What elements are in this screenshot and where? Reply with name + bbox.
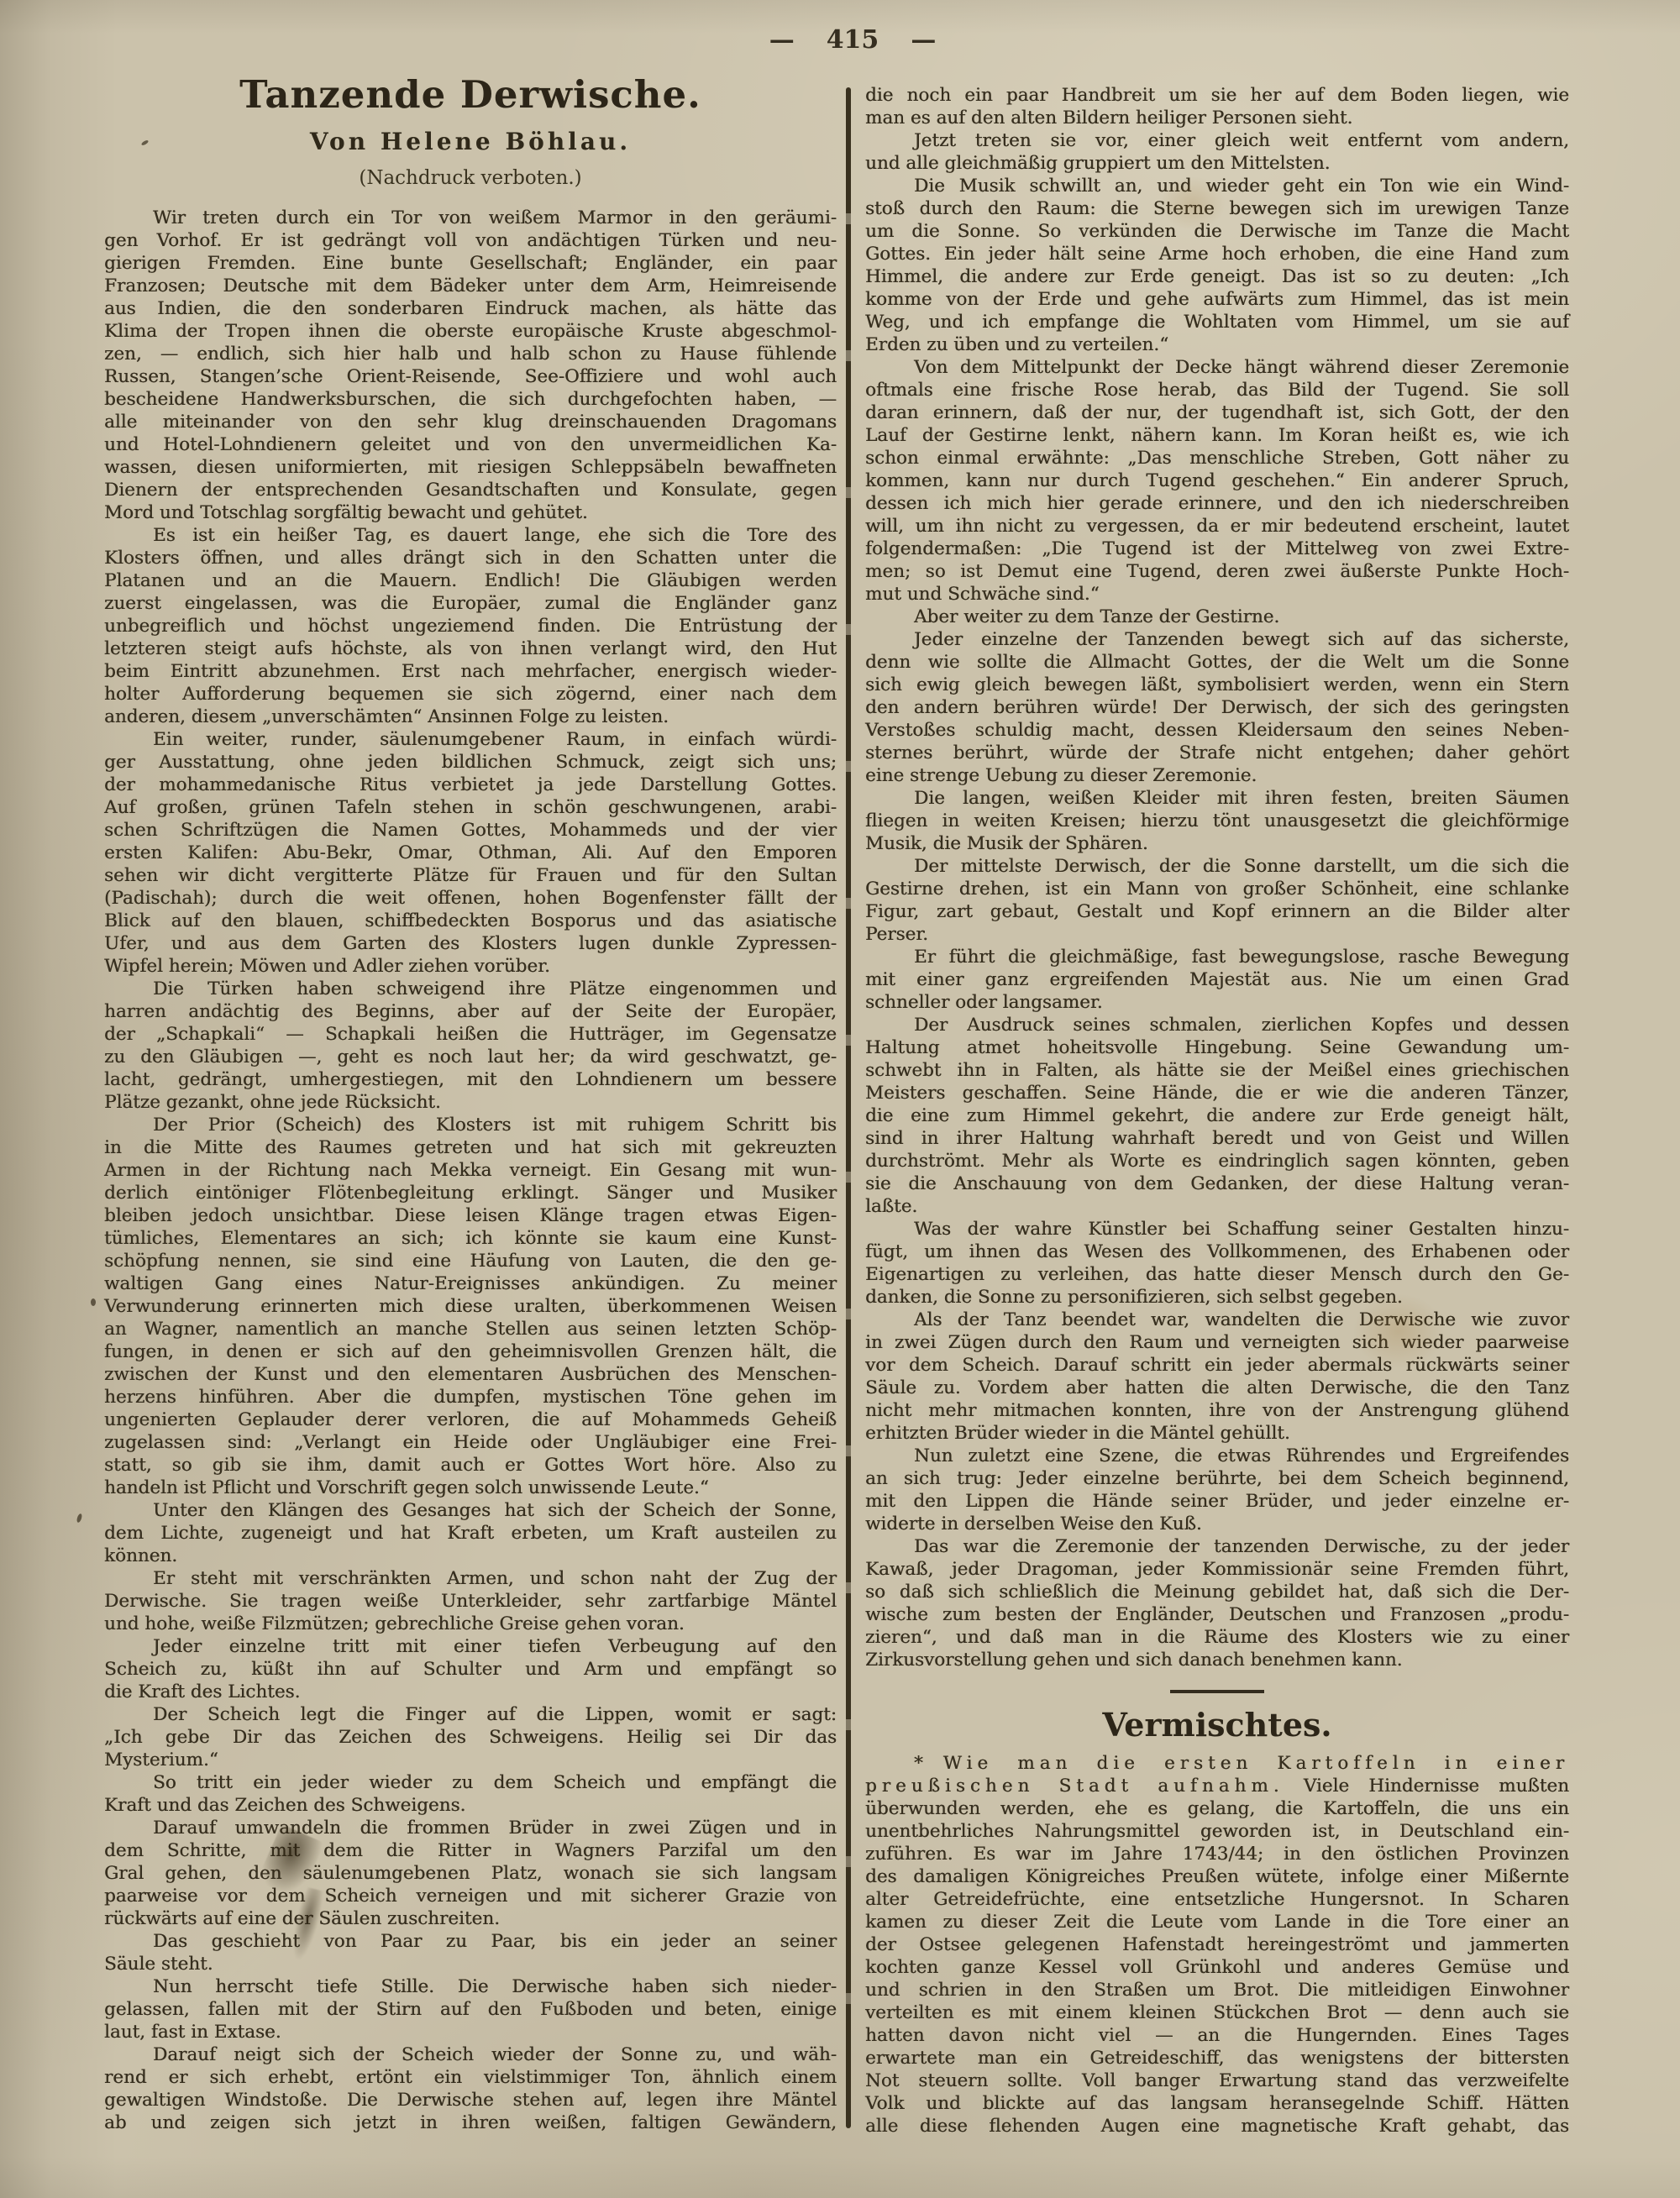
paragraph: Nun herrscht tiefe Stille. Die Derwische… [104, 1975, 837, 2043]
page-number: 415 [827, 25, 879, 55]
ink-speck [76, 1513, 82, 1523]
article-title: Tanzende Derwische. [104, 74, 837, 116]
section-divider-rule [1170, 1690, 1264, 1693]
text-line: Derwische. Sie tragen weiße Unterkleider… [104, 1590, 837, 1613]
text-line: Aber weiter zu dem Tanze der Gestirne. [865, 606, 1569, 628]
text-line: Von dem Mittelpunkt der Decke hängt währ… [865, 356, 1569, 379]
text-line: Die langen, weißen Kleider mit ihren fes… [865, 787, 1569, 810]
text-line: zugelassen sind: „Verlangt ein Heide ode… [104, 1431, 837, 1454]
text-line: ersten Kalifen: Abu-Bekr, Omar, Othman, … [104, 842, 837, 864]
item-star-marker: * [914, 1753, 943, 1774]
text-line: sind in ihrer Haltung wahrhaft beredt un… [865, 1127, 1569, 1150]
text-line: (Padischah); durch die weit offenen, hoh… [104, 887, 837, 910]
text-line: vor dem Scheich. Darauf schritt ein jede… [865, 1354, 1569, 1377]
text-line: denn wie sollte die Allmacht Gottes, der… [865, 651, 1569, 674]
paragraph: Darauf umwandeln die frommen Brüder in z… [104, 1817, 837, 1930]
text-line: sehen wir dicht vergitterte Plätze für F… [104, 864, 837, 887]
text-line: Ein weiter, runder, säulenumgebener Raum… [104, 728, 837, 751]
text-line: aus Indien, die den sonderbaren Eindruck… [104, 297, 837, 320]
text-line: die eine zum Himmel gekehrt, die andere … [865, 1104, 1569, 1127]
text-line: laßte. [865, 1195, 1569, 1218]
text-line: in die Mitte des Raumes getreten und hat… [104, 1136, 837, 1159]
text-line: Säule zu. Vordem aber hatten die alten D… [865, 1377, 1569, 1399]
text-line: zuerst eingelassen, was die Europäer, zu… [104, 592, 837, 615]
paragraph: Unter den Klängen des Gesanges hat sich … [104, 1499, 837, 1567]
text-line: Dienern der entsprechenden Gesandtschaft… [104, 479, 837, 501]
text-line: nicht mehr mitmachen konnten, ihre von d… [865, 1399, 1569, 1422]
text-line: Weg, und ich empfange die Wohltaten vom … [865, 311, 1569, 333]
text-line: stoß durch den Raum: die Sterne bewegen … [865, 197, 1569, 220]
text-line: *Wie man die ersten Kartoffeln in einer [865, 1752, 1569, 1775]
paragraph: Das geschieht von Paar zu Paar, bis ein … [104, 1930, 837, 1975]
text-line: komme von der Erde und gehe aufwärts zum… [865, 288, 1569, 311]
text-line: Franzosen; Deutsche mit dem Bädeker unte… [104, 275, 837, 297]
text-line: letzteren steigt aufs höchste, als von i… [104, 637, 837, 660]
text-line: Die Türken haben schweigend ihre Plätze … [104, 978, 837, 1000]
text-line: Eigenartigen zu verleihen, das hatte die… [865, 1263, 1569, 1286]
text-line: Der Ausdruck seines schmalen, zierlichen… [865, 1014, 1569, 1036]
text-line: und schrien in den Straßen um Brot. Die … [865, 1979, 1569, 2001]
text-line: Mord und Totschlag sorgfältig bewacht un… [104, 501, 837, 524]
text-line: derlich eintöniger Flötenbegleitung erkl… [104, 1182, 837, 1204]
text-line: Armen in der Richtung nach Mekka verneig… [104, 1159, 837, 1182]
text-line: Auf großen, grünen Tafeln stehen in schö… [104, 796, 837, 819]
text-line: schwebt ihn in Falten, als hätte sie der… [865, 1059, 1569, 1082]
text-line: so daß sich schließlich die Meinung gebi… [865, 1581, 1569, 1603]
text-line: fungen, in denen er sich auf den geheimn… [104, 1340, 837, 1363]
text-line: mit einer ganz ergreifenden Majestät aus… [865, 968, 1569, 991]
text-line: Haltung atmet hoheitsvolle Hingebung. Se… [865, 1036, 1569, 1059]
text-line: men; so ist Demut eine Tugend, deren zwe… [865, 560, 1569, 583]
text-line: Ufer, und aus dem Garten des Klosters lu… [104, 932, 837, 955]
paragraph: Darauf neigt sich der Scheich wieder der… [104, 2043, 837, 2134]
text-line: ger Ausstattung, ohne jeden bildlichen S… [104, 751, 837, 774]
text-line: wassen, diesen uniformierten, mit riesig… [104, 456, 837, 479]
text-line: kochten ganze Kessel voll Grünkohl und a… [865, 1956, 1569, 1979]
text-line: fliegen in weiten Kreisen; hierzu tönt u… [865, 810, 1569, 832]
paragraph: Er führt die gleichmäßige, fast bewegung… [865, 946, 1569, 1014]
text-line: „Ich gebe Dir das Zeichen des Schweigens… [104, 1726, 837, 1749]
text-line: in zwei Zügen durch den Raum und verneig… [865, 1331, 1569, 1354]
text-line: um die Sonne. So verkünden die Derwische… [865, 220, 1569, 243]
text-line: oftmals eine frische Rose herab, das Bil… [865, 379, 1569, 401]
text-line: erwartete man ein Getreideschiff, das we… [865, 2047, 1569, 2069]
text-line: Wipfel herein; Möwen und Adler ziehen vo… [104, 955, 837, 978]
paragraph: Das war die Zeremonie der tanzenden Derw… [865, 1535, 1569, 1671]
right-column-text: die noch ein paar Handbreit um sie her a… [865, 84, 1569, 1671]
text-line: gierigen Fremden. Eine bunte Gesellschaf… [104, 252, 837, 275]
text-line: alter Getreidefrüchte, eine entsetzliche… [865, 1888, 1569, 1911]
text-line: Russen, Stangen’sche Orient-Reisende, Se… [104, 365, 837, 388]
text-line: ab und zeigen sich jetzt in ihren weißen… [104, 2111, 837, 2134]
ink-speck [91, 1298, 96, 1306]
text-run: preußischen Stadt aufnahm. [865, 1776, 1284, 1797]
text-line: Gottes. Ein jeder hält seine Arme hoch e… [865, 243, 1569, 265]
paragraph: Aber weiter zu dem Tanze der Gestirne. [865, 606, 1569, 628]
text-line: handeln ist Pflicht und Vorschrift gegen… [104, 1477, 837, 1499]
text-line: bescheidene Handwerksburschen, die sich … [104, 388, 837, 411]
text-line: Der Scheich legt die Finger auf die Lipp… [104, 1703, 837, 1726]
text-line: Er führt die gleichmäßige, fast bewegung… [865, 946, 1569, 968]
left-column-text: Wir treten durch ein Tor von weißem Marm… [104, 207, 837, 2134]
text-line: alle miteinander von den sehr klug drein… [104, 411, 837, 433]
text-line: Darauf neigt sich der Scheich wieder der… [104, 2043, 837, 2066]
text-run: Viele Hindernisse mußten [1284, 1776, 1569, 1797]
text-line: holter Aufforderung bequemen sie sich zö… [104, 683, 837, 706]
text-line: alle diese flehenden Augen eine magnetis… [865, 2115, 1569, 2138]
text-line: zwischen der Kunst und den elementaren A… [104, 1363, 837, 1386]
text-line: paarweise vor dem Scheich verneigen und … [104, 1885, 837, 1907]
paragraph: Wir treten durch ein Tor von weißem Marm… [104, 207, 837, 524]
text-line: Nun herrscht tiefe Stille. Die Derwische… [104, 1975, 837, 1998]
misc-section-text: *Wie man die ersten Kartoffeln in einerp… [865, 1752, 1569, 2138]
text-line: verteilten es mit einem kleinen Stückche… [865, 2001, 1569, 2024]
text-line: hatten davon nicht viel — an die Hungern… [865, 2024, 1569, 2047]
paragraph: Er steht mit verschränkten Armen, und sc… [104, 1567, 837, 1635]
text-line: des damaligen Königreiches Preußen wütet… [865, 1865, 1569, 1888]
text-line: die Kraft des Lichtes. [104, 1681, 837, 1703]
text-line: rückwärts auf eine der Säulen zuschreite… [104, 1907, 837, 1930]
text-line: Musik, die Musik der Sphären. [865, 832, 1569, 855]
text-line: der mohammedanische Ritus verbietet ja j… [104, 774, 837, 796]
paragraph: Nun zuletzt eine Szene, die etwas Rühren… [865, 1445, 1569, 1535]
text-line: und alle gleichmäßig gruppiert um den Mi… [865, 152, 1569, 175]
text-line: Was der wahre Künstler bei Schaffung sei… [865, 1218, 1569, 1241]
text-line: zuführen. Es war im Jahre 1743/44; in de… [865, 1843, 1569, 1865]
text-line: gewaltigen Windstoße. Die Derwische steh… [104, 2089, 837, 2111]
text-line: waltigen Gang eines Natur-Ereignisses an… [104, 1272, 837, 1295]
text-line: Gestirne drehen, ist ein Mann von großer… [865, 878, 1569, 900]
text-line: unbegreiflich und höchst ungeziemend fin… [104, 615, 837, 637]
text-line: beim Eintritt abzunehmen. Erst nach mehr… [104, 660, 837, 683]
paragraph: Als der Tanz beendet war, wandelten die … [865, 1309, 1569, 1445]
text-line: der Ostsee gelegenen Hafenstadt hereinge… [865, 1933, 1569, 1956]
text-line: fügt, um ihnen das Wesen des Vollkommene… [865, 1241, 1569, 1263]
text-line: widerte in derselben Weise den Kuß. [865, 1513, 1569, 1535]
text-line: Zirkusvorstellung gehen und sich danach … [865, 1649, 1569, 1671]
text-line: überwunden werden, ehe es gelang, die Ka… [865, 1797, 1569, 1820]
text-line: schneller oder langsamer. [865, 991, 1569, 1014]
text-line: Gral gehen, den säulenumgebenen Platz, w… [104, 1862, 837, 1885]
text-line: Als der Tanz beendet war, wandelten die … [865, 1309, 1569, 1331]
column-divider-rule [846, 87, 851, 2128]
text-line: durchströmt. Mehr als Worte es eindringl… [865, 1150, 1569, 1172]
text-line: Jeder einzelne der Tanzenden bewegt sich… [865, 628, 1569, 651]
text-line: Der mittelste Derwisch, der die Sonne da… [865, 855, 1569, 878]
reprint-notice: (Nachdruck verboten.) [104, 167, 837, 190]
text-line: Verstoßes schuldig macht, dessen Kleider… [865, 719, 1569, 742]
page-header: — 415 — [739, 25, 966, 55]
text-line: und Hotel-Lohndienern geleitet und von d… [104, 433, 837, 456]
text-line: dessen ich mich hier gerade erinnere, un… [865, 492, 1569, 515]
text-line: Darauf umwandeln die frommen Brüder in z… [104, 1817, 837, 1839]
text-line: Meisters geschaffen. Seine Hände, die er… [865, 1082, 1569, 1104]
text-line: preußischen Stadt aufnahm. Viele Hindern… [865, 1775, 1569, 1797]
text-line: Klima der Tropen ihnen die oberste europ… [104, 320, 837, 343]
text-line: Das geschieht von Paar zu Paar, bis ein … [104, 1930, 837, 1953]
text-line: Plätze gezankt, ohne jede Rücksicht. [104, 1091, 837, 1114]
text-line: Jetzt treten sie vor, einer gleich weit … [865, 129, 1569, 152]
paragraph: die noch ein paar Handbreit um sie her a… [865, 84, 1569, 129]
header-dash-right: — [911, 25, 936, 55]
paragraph: Was der wahre Künstler bei Schaffung sei… [865, 1218, 1569, 1309]
paragraph: Der mittelste Derwisch, der die Sonne da… [865, 855, 1569, 946]
text-line: statt, so gib sie ihm, damit auch er Got… [104, 1454, 837, 1477]
text-line: an Wagner, namentlich an manche Stellen … [104, 1318, 837, 1340]
paragraph: *Wie man die ersten Kartoffeln in einerp… [865, 1752, 1569, 2138]
text-line: Er steht mit verschränkten Armen, und sc… [104, 1567, 837, 1590]
text-line: anderen, diesem „unverschämten“ Ansinnen… [104, 706, 837, 728]
text-line: zen, — endlich, sich hier halb und halb … [104, 343, 837, 365]
text-line: erhitzten Brüder wieder in die Mäntel ge… [865, 1422, 1569, 1445]
text-line: zieren“, und daß man in die Räume des Kl… [865, 1626, 1569, 1649]
text-line: Kraft und das Zeichen des Schweigens. [104, 1794, 837, 1817]
paragraph: Die Musik schwillt an, und wieder geht e… [865, 175, 1569, 356]
misc-section-heading: Vermischtes. [865, 1707, 1569, 1744]
text-line: lacht, gedrängt, umhergestiegen, mit den… [104, 1068, 837, 1091]
paragraph: Die Türken haben schweigend ihre Plätze … [104, 978, 837, 1114]
text-line: Nun zuletzt eine Szene, die etwas Rühren… [865, 1445, 1569, 1467]
text-line: sie die Anschauung von dem Gedanken, der… [865, 1172, 1569, 1195]
text-line: zu den Gläubigen —, geht es noch laut he… [104, 1046, 837, 1068]
paragraph: Von dem Mittelpunkt der Decke hängt währ… [865, 356, 1569, 606]
text-line: an sich trug: Jeder einzelne berührte, b… [865, 1467, 1569, 1490]
text-line: eine strenge Uebung zu dieser Zeremonie. [865, 764, 1569, 787]
text-line: kamen zu dieser Zeit die Leute vom Lande… [865, 1911, 1569, 1933]
text-line: ungenierten Geplauder derer verloren, di… [104, 1409, 837, 1431]
right-column: die noch ein paar Handbreit um sie her a… [865, 84, 1569, 2138]
text-line: Säule steht. [104, 1953, 837, 1975]
text-line: folgendermaßen: „Die Tugend ist der Mitt… [865, 538, 1569, 560]
text-line: Verwunderung erinnerten mich diese uralt… [104, 1295, 837, 1318]
text-line: man es auf den alten Bildern heiliger Pe… [865, 107, 1569, 129]
paragraph: Der Prior (Scheich) des Klosters ist mit… [104, 1114, 837, 1499]
text-line: Die Musik schwillt an, und wieder geht e… [865, 175, 1569, 197]
paragraph: Jeder einzelne der Tanzenden bewegt sich… [865, 628, 1569, 787]
left-column: Tanzende Derwische. Von Helene Böhlau. (… [104, 74, 837, 2134]
text-line: Not steuern sollte. Voll banger Erwartun… [865, 2069, 1569, 2092]
paragraph: Jeder einzelne tritt mit einer tiefen Ve… [104, 1635, 837, 1703]
text-line: den andern berühren würde! Der Derwisch,… [865, 696, 1569, 719]
paragraph: Der Ausdruck seines schmalen, zierlichen… [865, 1014, 1569, 1218]
text-line: können. [104, 1545, 837, 1567]
text-line: bleiben jedoch unsichtbar. Diese leisen … [104, 1204, 837, 1227]
text-line: Figur, zart gebaut, Gestalt und Kopf eri… [865, 900, 1569, 923]
paragraph: Es ist ein heißer Tag, es dauert lange, … [104, 524, 837, 728]
text-line: Kawaß, jeder Dragoman, jeder Kommissionä… [865, 1558, 1569, 1581]
text-line: sich ewig gleich bewegen läßt, symbolisi… [865, 674, 1569, 696]
text-line: schon einmal erwähnte: „Das menschliche … [865, 447, 1569, 470]
text-line: Unter den Klängen des Gesanges hat sich … [104, 1499, 837, 1522]
text-run: Wie man die ersten Kartoffeln in einer [943, 1753, 1569, 1774]
text-line: Klosters öffnen, und alles drängt sich i… [104, 547, 837, 569]
text-line: kommen, kann nur durch Tugend geschehen.… [865, 470, 1569, 492]
text-line: Wir treten durch ein Tor von weißem Marm… [104, 207, 837, 229]
text-line: tümliches, Elementares an sich; ich könn… [104, 1227, 837, 1250]
text-line: mut und Schwäche sind.“ [865, 583, 1569, 606]
text-line: rend er sich erhebt, ertönt ein vielstim… [104, 2066, 837, 2089]
text-line: danken, die Sonne zu personifizieren, si… [865, 1286, 1569, 1309]
text-line: gelassen, fallen mit der Stirn auf den F… [104, 1998, 837, 2021]
text-line: mit den Lippen die Hände seiner Brüder, … [865, 1490, 1569, 1513]
scanned-journal-page: { "page": { "number": "415", "dash_left"… [0, 0, 1680, 2198]
paragraph: So tritt ein jeder wieder zu dem Scheich… [104, 1771, 837, 1817]
text-line: Himmel, die andere zur Erde geneigt. Das… [865, 265, 1569, 288]
paragraph: Ein weiter, runder, säulenumgebener Raum… [104, 728, 837, 978]
text-line: und hohe, weiße Filzmützen; gebrechliche… [104, 1613, 837, 1635]
text-line: daran erinnern, daß der nur, der tugendh… [865, 401, 1569, 424]
text-line: Jeder einzelne tritt mit einer tiefen Ve… [104, 1635, 837, 1658]
text-line: Platanen und an die Mauern. Endlich! Die… [104, 569, 837, 592]
text-line: harren andächtig des Beginns, aber auf d… [104, 1000, 837, 1023]
header-dash-left: — [769, 25, 795, 55]
text-line: dem Lichte, zugeneigt und hat Kraft erbe… [104, 1522, 837, 1545]
text-line: herzens hinführen. Aber die dumpfen, mys… [104, 1386, 837, 1409]
text-line: Lauf der Gestirne lenkt, nähern kann. Im… [865, 424, 1569, 447]
article-byline: Von Helene Böhlau. [104, 128, 837, 155]
text-line: Perser. [865, 923, 1569, 946]
text-line: will, um ihn nicht zu vergessen, da er m… [865, 515, 1569, 538]
text-line: laut, fast in Extase. [104, 2021, 837, 2043]
text-line: die noch ein paar Handbreit um sie her a… [865, 84, 1569, 107]
text-line: schöpfung nennen, sie sind eine Häufung … [104, 1250, 837, 1272]
text-line: Es ist ein heißer Tag, es dauert lange, … [104, 524, 837, 547]
text-line: Das war die Zeremonie der tanzenden Derw… [865, 1535, 1569, 1558]
text-line: So tritt ein jeder wieder zu dem Scheich… [104, 1771, 837, 1794]
text-line: sternes berührt, würde der Strafe nicht … [865, 742, 1569, 764]
text-line: gen Vorhof. Er ist gedrängt voll von and… [104, 229, 837, 252]
paragraph: Die langen, weißen Kleider mit ihren fes… [865, 787, 1569, 855]
text-line: unentbehrliches Nahrungsmittel geworden … [865, 1820, 1569, 1843]
text-line: wische zum besten der Engländer, Deutsch… [865, 1603, 1569, 1626]
text-line: der „Schapkali“ — Schapkali heißen die H… [104, 1023, 837, 1046]
paragraph: Der Scheich legt die Finger auf die Lipp… [104, 1703, 837, 1771]
paragraph: Jetzt treten sie vor, einer gleich weit … [865, 129, 1569, 175]
text-line: Volk und blickte auf das langsam heranse… [865, 2092, 1569, 2115]
text-line: Mysterium.“ [104, 1749, 837, 1771]
text-line: Der Prior (Scheich) des Klosters ist mit… [104, 1114, 837, 1136]
text-line: Erden zu üben und zu verteilen.“ [865, 333, 1569, 356]
text-line: schen Schriftzügen die Namen Gottes, Moh… [104, 819, 837, 842]
text-line: dem Schritte, mit dem die Ritter in Wagn… [104, 1839, 837, 1862]
text-line: Blick auf den blauen, schiffbedeckten Bo… [104, 910, 837, 932]
text-line: Scheich zu, küßt ihn auf Schulter und Ar… [104, 1658, 837, 1681]
